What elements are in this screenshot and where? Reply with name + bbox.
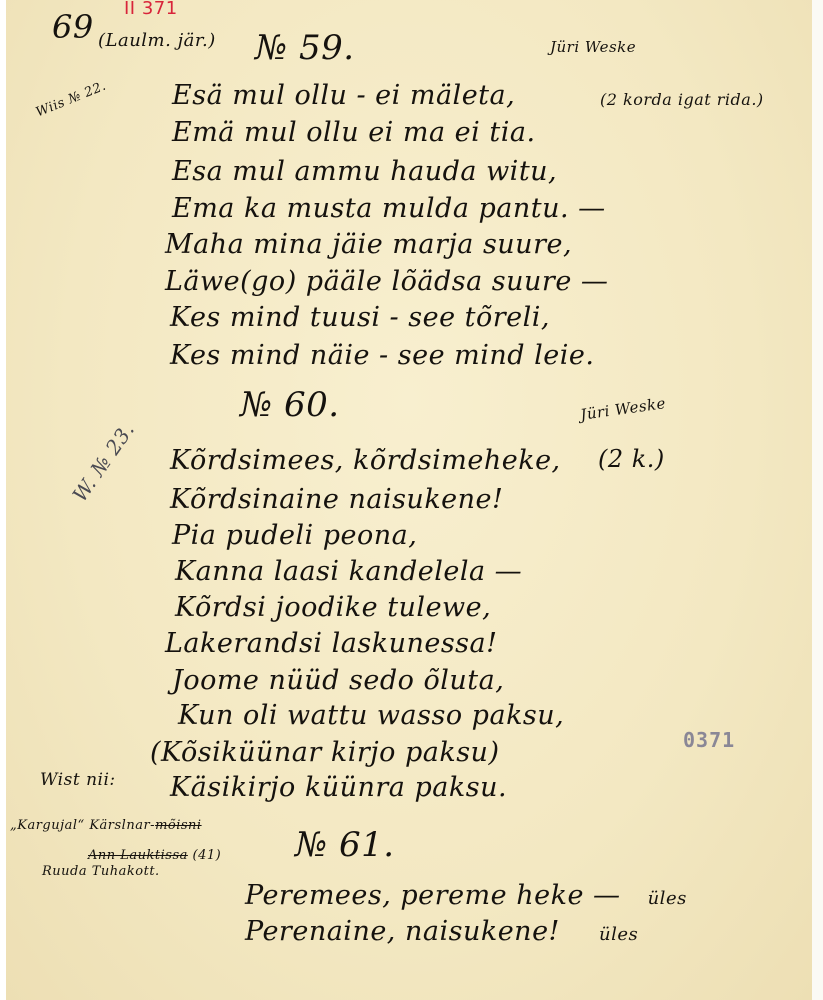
song-61-margin-note: Ann Lauktissa (41) [88, 848, 221, 863]
song-59-line: Läwe(go) pääle lõädsa suure — [165, 266, 608, 297]
song-59-line: Kes mind tuusi - see tõreli, [170, 302, 550, 333]
verse-text: Peremees, pereme heke — [245, 880, 621, 911]
archive-stamp: 0371 [683, 728, 735, 752]
verse-suffix: üles [648, 888, 687, 909]
song-59-prefix-note: (Laulm. jär.) [98, 30, 216, 51]
song-61-line: Perenaine, naisukene! üles [245, 916, 638, 947]
song-60-line: Kõrdsinaine naisukene! [170, 484, 503, 515]
song-60-line: Käsikirjo küünra paksu. [170, 772, 507, 803]
margin-note-struck: mõisni [155, 818, 202, 833]
song-60-variant-note: Wist nii: [40, 770, 116, 790]
song-60-line: Kõrdsi joodike tulewe, [175, 592, 491, 623]
song-60-number: № 60. [240, 385, 340, 425]
verse-text: Perenaine, naisukene! [245, 916, 560, 947]
song-59-line: Kes mind näie - see mind leie. [170, 340, 594, 371]
scan-edge [812, 0, 823, 1000]
margin-note-text: „Kargujal“ Kärslnar- [10, 818, 155, 833]
song-59-line: Maha mina jäie marja suure, [165, 229, 572, 260]
song-61-number: № 61. [295, 825, 395, 865]
song-59-line: Emä mul ollu ei ma ei tia. [172, 117, 536, 148]
song-60-line: (Kõsiküünar kirjo paksu) [150, 737, 499, 768]
song-60-repeat-note: (2 k.) [598, 445, 665, 473]
song-61-margin-note: „Kargujal“ Kärslnar-mõisni [10, 818, 202, 833]
song-60-line: Kun oli wattu wasso paksu, [178, 700, 564, 731]
verse-suffix: üles [599, 924, 638, 945]
song-59-singer: Jüri Weske [550, 38, 636, 56]
song-59-line: Esä mul ollu - ei mäleta, [172, 80, 515, 111]
song-59-repeat-note: (2 korda igat rida.) [600, 90, 764, 109]
song-60-line: Lakerandsi laskunessa! [165, 628, 497, 659]
song-60-line: Kõrdsimees, kõrdsimeheke, [170, 445, 561, 476]
song-59-line: Ema ka musta mulda pantu. — [172, 193, 606, 224]
song-59-line: Esa mul ammu hauda witu, [172, 156, 557, 187]
song-61-margin-note: Ruuda Tuhakott. [42, 864, 160, 879]
margin-note-struck: Ann Lauktissa [88, 848, 188, 863]
archive-reference: II 371 [124, 0, 178, 19]
song-60-line: Kanna laasi kandelela — [175, 556, 522, 587]
song-59-number: № 59. [255, 28, 355, 68]
song-60-line: Joome nüüd sedo õluta, [172, 665, 504, 696]
song-60-line: Pia pudeli peona, [172, 520, 417, 551]
page-number: 69 [52, 8, 94, 46]
margin-note-text: (41) [193, 848, 222, 863]
song-61-line: Peremees, pereme heke — üles [245, 880, 687, 911]
